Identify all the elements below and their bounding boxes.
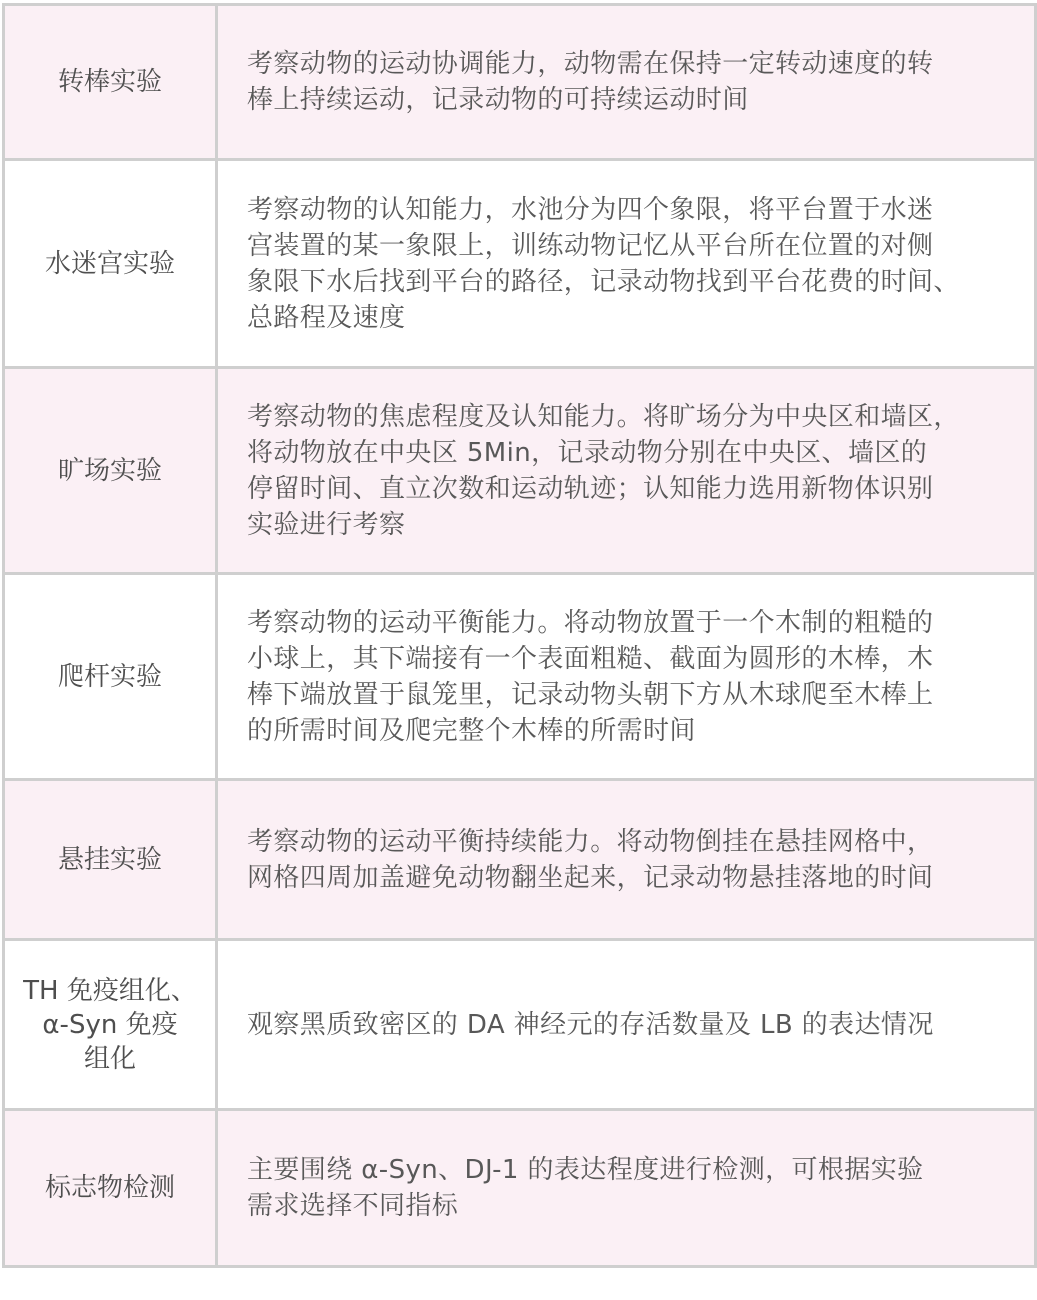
experiment-name: TH 免疫组化、	[13, 974, 207, 1008]
experiment-desc-cell: 考察动物的认知能力，水池分为四个象限，将平台置于水迷 宫装置的某一象限上，训练动…	[217, 160, 1036, 368]
experiment-desc-cell: 考察动物的运动平衡能力。将动物放置于一个木制的粗糙的 小球上，其下端接有一个表面…	[217, 574, 1036, 780]
experiment-desc-line: 将动物放在中央区 5Min，记录动物分别在中央区、墙区的	[247, 435, 1014, 471]
experiment-desc-cell: 观察黑质致密区的 DA 神经元的存活数量及 LB 的表达情况	[217, 940, 1036, 1110]
experiment-name-cell: 悬挂实验	[4, 780, 217, 940]
experiment-name-cell: 转棒实验	[4, 5, 217, 160]
experiment-name: 标志物检测	[13, 1171, 207, 1205]
table-row-open-field: 旷场实验 考察动物的焦虑程度及认知能力。将旷场分为中央区和墙区， 将动物放在中央…	[4, 368, 1036, 574]
experiment-name-cell: 标志物检测	[4, 1110, 217, 1267]
experiment-desc-line: 的所需时间及爬完整个木棒的所需时间	[247, 713, 1014, 749]
experiment-name: 悬挂实验	[13, 843, 207, 877]
experiment-name-cell: 旷场实验	[4, 368, 217, 574]
experiment-desc-line: 考察动物的运动平衡能力。将动物放置于一个木制的粗糙的	[247, 605, 1014, 641]
experiment-desc-line: 需求选择不同指标	[247, 1188, 1014, 1224]
experiment-desc-cell: 考察动物的运动协调能力，动物需在保持一定转动速度的转 棒上持续运动，记录动物的可…	[217, 5, 1036, 160]
experiment-desc-line: 小球上，其下端接有一个表面粗糙、截面为圆形的木棒，木	[247, 641, 1014, 677]
experiment-desc-line: 考察动物的焦虑程度及认知能力。将旷场分为中央区和墙区，	[247, 399, 1014, 435]
experiment-name: 转棒实验	[13, 65, 207, 99]
experiment-name: 爬杆实验	[13, 660, 207, 694]
table-row-pole-test: 爬杆实验 考察动物的运动平衡能力。将动物放置于一个木制的粗糙的 小球上，其下端接…	[4, 574, 1036, 780]
table-row-immunohistochemistry: TH 免疫组化、 α-Syn 免疫 组化 观察黑质致密区的 DA 神经元的存活数…	[4, 940, 1036, 1110]
table-row-hanging-test: 悬挂实验 考察动物的运动平衡持续能力。将动物倒挂在悬挂网格中， 网格四周加盖避免…	[4, 780, 1036, 940]
experiment-name: 组化	[13, 1042, 207, 1076]
experiment-name: 水迷宫实验	[13, 247, 207, 281]
experiment-desc-line: 总路程及速度	[247, 300, 1014, 336]
experiment-desc-cell: 主要围绕 α-Syn、DJ-1 的表达程度进行检测，可根据实验 需求选择不同指标	[217, 1110, 1036, 1267]
experiment-desc-line: 宫装置的某一象限上，训练动物记忆从平台所在位置的对侧	[247, 228, 1014, 264]
table-row-water-maze: 水迷宫实验 考察动物的认知能力，水池分为四个象限，将平台置于水迷 宫装置的某一象…	[4, 160, 1036, 368]
experiment-desc-line: 实验进行考察	[247, 507, 1014, 543]
experiment-name: α-Syn 免疫	[13, 1008, 207, 1042]
experiment-name-cell: 水迷宫实验	[4, 160, 217, 368]
experiment-desc-line: 棒下端放置于鼠笼里，记录动物头朝下方从木球爬至木棒上	[247, 677, 1014, 713]
experiment-name-cell: TH 免疫组化、 α-Syn 免疫 组化	[4, 940, 217, 1110]
experiment-desc-line: 停留时间、直立次数和运动轨迹；认知能力选用新物体识别	[247, 471, 1014, 507]
table-row-marker-detection: 标志物检测 主要围绕 α-Syn、DJ-1 的表达程度进行检测，可根据实验 需求…	[4, 1110, 1036, 1267]
experiment-desc-line: 象限下水后找到平台的路径，记录动物找到平台花费的时间、	[247, 264, 1014, 300]
experiment-name: 旷场实验	[13, 454, 207, 488]
experiment-desc-line: 考察动物的运动协调能力，动物需在保持一定转动速度的转	[247, 46, 1014, 82]
experiment-desc-cell: 考察动物的运动平衡持续能力。将动物倒挂在悬挂网格中， 网格四周加盖避免动物翻坐起…	[217, 780, 1036, 940]
table-row-rotarod: 转棒实验 考察动物的运动协调能力，动物需在保持一定转动速度的转 棒上持续运动，记…	[4, 5, 1036, 160]
experiment-desc-line: 观察黑质致密区的 DA 神经元的存活数量及 LB 的表达情况	[247, 1007, 1014, 1043]
experiment-name-cell: 爬杆实验	[4, 574, 217, 780]
experiment-desc-line: 考察动物的运动平衡持续能力。将动物倒挂在悬挂网格中，	[247, 824, 1014, 860]
experiment-desc-line: 网格四周加盖避免动物翻坐起来，记录动物悬挂落地的时间	[247, 860, 1014, 896]
experiment-desc-line: 主要围绕 α-Syn、DJ-1 的表达程度进行检测，可根据实验	[247, 1152, 1014, 1188]
experiment-desc-line: 考察动物的认知能力，水池分为四个象限，将平台置于水迷	[247, 192, 1014, 228]
experiment-desc-cell: 考察动物的焦虑程度及认知能力。将旷场分为中央区和墙区， 将动物放在中央区 5Mi…	[217, 368, 1036, 574]
experiment-table: 转棒实验 考察动物的运动协调能力，动物需在保持一定转动速度的转 棒上持续运动，记…	[2, 3, 1037, 1268]
experiment-desc-line: 棒上持续运动，记录动物的可持续运动时间	[247, 82, 1014, 118]
